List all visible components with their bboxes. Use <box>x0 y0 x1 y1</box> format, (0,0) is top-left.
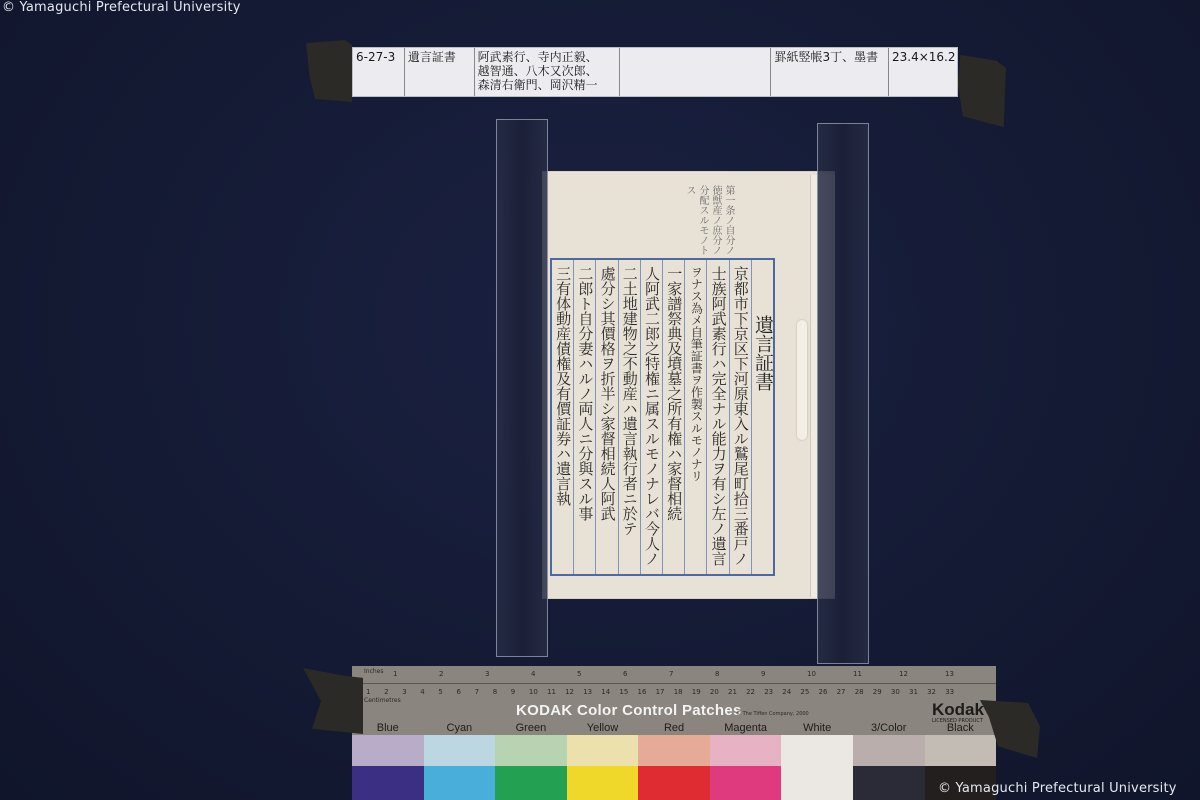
patch-dark <box>853 766 925 800</box>
patch-light <box>352 735 424 766</box>
cm-tick: 15 <box>619 688 628 696</box>
cm-tick: 18 <box>674 688 683 696</box>
cm-tick: 16 <box>638 688 647 696</box>
patch-light <box>925 735 997 766</box>
cm-tick: 1 <box>366 688 370 696</box>
chart-title: KODAK Color Control Patches <box>516 702 742 719</box>
color-patch <box>424 735 496 800</box>
ruler: Inches Centimetres 12345678910111213 123… <box>352 666 996 706</box>
cm-tick: 6 <box>457 688 461 696</box>
patch-light <box>495 735 567 766</box>
binding-string <box>797 320 807 440</box>
color-patch <box>853 735 925 800</box>
cm-tick: 10 <box>529 688 538 696</box>
cm-tick: 5 <box>438 688 442 696</box>
cm-tick: 30 <box>891 688 900 696</box>
inch-tick: 7 <box>669 670 673 678</box>
patch-light <box>424 735 496 766</box>
people-line: 越智通、八木又次郎、 <box>478 64 616 78</box>
color-patch <box>567 735 639 800</box>
cm-tick: 25 <box>800 688 809 696</box>
catalog-label: 6-27-3 遺言証書 阿武素行、寺内正毅、 越智通、八木又次郎、 森清右衛門、… <box>352 47 958 97</box>
document-column: 二土地建物之不動産ハ遺言執行者ニ於テ <box>618 260 640 574</box>
patch-dark <box>495 766 567 800</box>
inches-label: Inches <box>364 668 384 675</box>
cm-tick: 28 <box>855 688 864 696</box>
cm-tick: 20 <box>710 688 719 696</box>
cm-tick: 14 <box>601 688 610 696</box>
inch-tick: 13 <box>945 670 954 678</box>
cm-tick: 4 <box>420 688 424 696</box>
document-column: 遺言証書 <box>751 260 773 574</box>
patch-light <box>567 735 639 766</box>
cm-tick: 13 <box>583 688 592 696</box>
cm-tick: 29 <box>873 688 882 696</box>
kodak-logo: Kodak <box>932 700 984 720</box>
color-patches <box>352 735 996 800</box>
document-column: 三有体動産債権及有價証券ハ遺言執 <box>552 260 573 574</box>
patch-label: 3/Color <box>853 722 925 734</box>
patch-label: Green <box>495 722 567 734</box>
inch-tick: 12 <box>899 670 908 678</box>
patch-label: Yellow <box>567 722 639 734</box>
inch-tick: 2 <box>439 670 443 678</box>
ruled-frame: 遺言証書 京都市下京区下河原東入ル鷲尾町拾三番戸ノ主 士族阿武素行ハ完全ナル能力… <box>550 258 775 576</box>
patch-dark <box>567 766 639 800</box>
patch-labels: Blue Cyan Green Yellow Red Magenta White… <box>352 722 996 734</box>
cm-tick: 3 <box>402 688 406 696</box>
inch-tick: 3 <box>485 670 489 678</box>
catalog-title: 遺言証書 <box>405 48 475 96</box>
document-column: 人阿武二郎之特権ニ属スルモノナレバ今人ノ所有 <box>640 260 662 574</box>
patch-dark <box>710 766 782 800</box>
document-column: ヲナス為メ自筆証書ヲ作製スルモノナリ <box>684 260 706 574</box>
centimetres-label: Centimetres <box>364 697 401 704</box>
copyright-watermark-top: © Yamaguchi Prefectural University <box>2 0 241 15</box>
inch-tick: 10 <box>807 670 816 678</box>
catalog-description: 罫紙竪帳3丁、墨書 <box>771 48 889 96</box>
cm-tick: 23 <box>764 688 773 696</box>
patch-light <box>781 735 853 766</box>
document-column: 處分シ其價格ヲ折半シ家督相続人阿武 <box>595 260 617 574</box>
inch-tick: 6 <box>623 670 627 678</box>
patch-dark <box>424 766 496 800</box>
margin-notes: 第一条ノ自分ノ徳獣産ノ庶分ノ分配スルモノトス <box>665 185 735 255</box>
cm-tick: 17 <box>656 688 665 696</box>
cm-tick: 33 <box>945 688 954 696</box>
patch-light <box>638 735 710 766</box>
patch-light <box>853 735 925 766</box>
catalog-people: 阿武素行、寺内正毅、 越智通、八木又次郎、 森清右衛門、岡沢精一 <box>475 48 620 96</box>
glass-weight-left <box>496 119 548 657</box>
cm-tick: 26 <box>819 688 828 696</box>
patch-dark <box>638 766 710 800</box>
catalog-size: 23.4×16.2 <box>889 48 957 96</box>
inch-tick: 4 <box>531 670 535 678</box>
inch-tick: 11 <box>853 670 862 678</box>
patch-label: Black <box>925 722 997 734</box>
inch-tick: 8 <box>715 670 719 678</box>
patch-dark <box>352 766 424 800</box>
cm-tick: 9 <box>511 688 515 696</box>
document-column: 京都市下京区下河原東入ル鷲尾町拾三番戸ノ主 <box>729 260 751 574</box>
people-line: 森清右衛門、岡沢精一 <box>478 78 616 92</box>
document-column: 士族阿武素行ハ完全ナル能力ヲ有シ左ノ遺言 <box>706 260 728 574</box>
catalog-id: 6-27-3 <box>353 48 405 96</box>
cm-tick: 22 <box>746 688 755 696</box>
catalog-blank <box>620 48 771 96</box>
glass-weight-right <box>817 123 869 664</box>
inch-tick: 9 <box>761 670 765 678</box>
document-column: 一家譜祭典及墳墓之所有権ハ家督相続 <box>662 260 684 574</box>
cm-tick: 2 <box>384 688 388 696</box>
people-line: 阿武素行、寺内正毅、 <box>478 50 616 64</box>
cm-tick: 27 <box>837 688 846 696</box>
patch-dark <box>781 766 853 800</box>
inch-tick: 5 <box>577 670 581 678</box>
patch-light <box>710 735 782 766</box>
color-patch <box>352 735 424 800</box>
copyright-watermark-bottom: © Yamaguchi Prefectural University <box>938 781 1177 796</box>
cm-tick: 8 <box>493 688 497 696</box>
cm-tick: 19 <box>692 688 701 696</box>
cm-tick: 11 <box>547 688 556 696</box>
cm-tick: 24 <box>782 688 791 696</box>
cm-tick: 32 <box>927 688 936 696</box>
patch-label: Cyan <box>424 722 496 734</box>
tape-label-left <box>306 40 352 102</box>
patch-label: Red <box>638 722 710 734</box>
inch-tick: 1 <box>393 670 397 678</box>
cm-tick: 31 <box>909 688 918 696</box>
cm-tick: 21 <box>728 688 737 696</box>
chart-copyright: © The Tiffen Company, 2000 <box>736 711 809 717</box>
tape-chart-left <box>303 668 363 734</box>
patch-label: White <box>781 722 853 734</box>
patch-label: Magenta <box>710 722 782 734</box>
document-column: 二郎ト自分妻ハルノ両人ニ分與スル事 <box>573 260 595 574</box>
kodak-color-chart: Inches Centimetres 12345678910111213 123… <box>352 666 996 800</box>
color-patch <box>781 735 853 800</box>
color-patch <box>710 735 782 800</box>
tape-label-right <box>958 55 1006 127</box>
color-patch <box>495 735 567 800</box>
cm-tick: 12 <box>565 688 574 696</box>
cm-tick: 7 <box>475 688 479 696</box>
color-patch <box>638 735 710 800</box>
